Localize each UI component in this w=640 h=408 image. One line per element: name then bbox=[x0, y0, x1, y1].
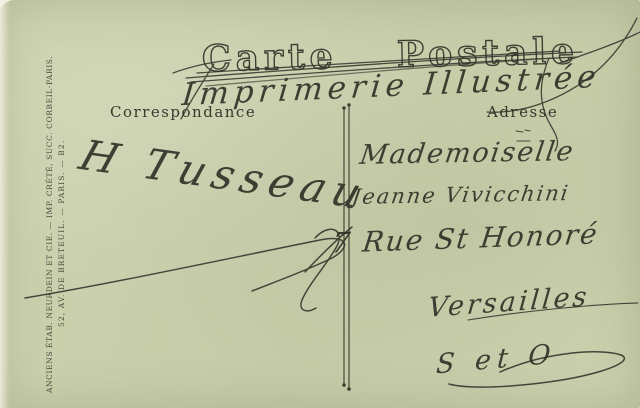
card-left-edge-highlight bbox=[0, 0, 10, 408]
handwritten-address-line: 7 Rue St Honoré bbox=[330, 217, 601, 259]
publisher-imprint-line1: ANCIENS ÉTAB. NEURDEIN ET CIE. — IMP. CR… bbox=[45, 56, 54, 393]
handwritten-address-line: S et O bbox=[435, 339, 557, 381]
address-label: Adresse bbox=[487, 103, 558, 121]
handwritten-address-line: Jeanne Vivicchini bbox=[350, 181, 571, 209]
handwritten-address-line: Mademoiselle bbox=[358, 136, 577, 171]
handwritten-signature: H Tusseau bbox=[74, 131, 375, 218]
postcard-back: Carte Postale Correspondance Adresse Imp… bbox=[0, 0, 640, 408]
publisher-imprint-line2: 52, AV. DE BRETEUIL. — PARIS. — B2. bbox=[57, 140, 66, 327]
handwritten-address-line: Versailles bbox=[427, 281, 591, 324]
